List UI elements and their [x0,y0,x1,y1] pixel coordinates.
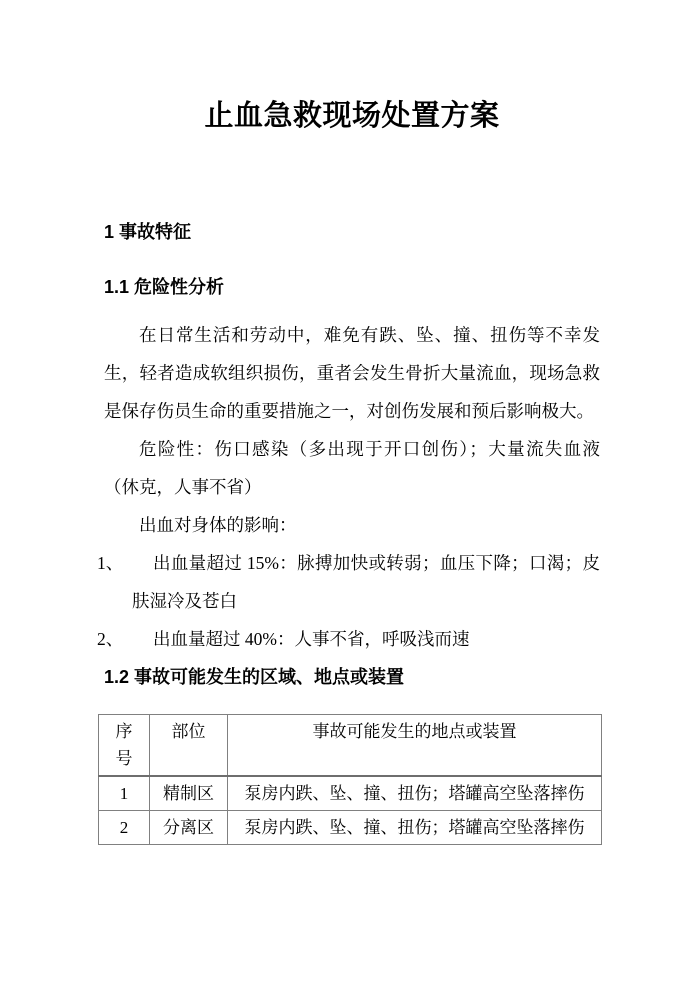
paragraph-bleeding-effects-lead: 出血对身体的影响： [104,506,600,544]
paragraph-risk-types: 危险性：伤口感染（多出现于开口创伤）；大量流失血液（休克，人事不省） [104,430,600,506]
list-item-bleeding-40: 2、 出血量超过 40%：人事不省，呼吸浅而速 [104,620,600,658]
table-header-part: 部位 [150,715,228,777]
table-cell-seq: 2 [99,811,150,845]
table-cell-part: 分离区 [150,811,228,845]
document-content: 止血急救现场处置方案 1 事故特征 1.1 危险性分析 在日常生活和劳动中，难免… [104,0,600,845]
document-page: 止血急救现场处置方案 1 事故特征 1.1 危险性分析 在日常生活和劳动中，难免… [0,0,700,989]
table-row: 1 精制区 泵房内跌、坠、撞、扭伤；塔罐高空坠落摔伤 [99,776,602,811]
table-header-row: 序号 部位 事故可能发生的地点或装置 [99,715,602,777]
table-cell-location: 泵房内跌、坠、撞、扭伤；塔罐高空坠落摔伤 [228,776,602,811]
heading-accident-locations: 1.2 事故可能发生的区域、地点或装置 [104,666,600,688]
table-cell-location: 泵房内跌、坠、撞、扭伤；塔罐高空坠落摔伤 [228,811,602,845]
list-item-text: 出血量超过 15%：脉搏加快或转弱；血压下降；口渴；皮肤湿冷及苍白 [132,553,600,611]
paragraph-risk-intro: 在日常生活和劳动中，难免有跌、坠、撞、扭伤等不幸发生，轻者造成软组织损伤，重者会… [104,316,600,430]
table-header-location: 事故可能发生的地点或装置 [228,715,602,777]
list-item-bleeding-15: 1、 出血量超过 15%：脉搏加快或转弱；血压下降；口渴；皮肤湿冷及苍白 [104,544,600,620]
heading-risk-analysis: 1.1 危险性分析 [104,276,600,298]
document-title: 止血急救现场处置方案 [104,0,600,136]
accident-location-table: 序号 部位 事故可能发生的地点或装置 1 精制区 泵房内跌、坠、撞、扭伤；塔罐高… [98,714,602,845]
list-item-marker: 2、 [97,620,123,658]
table-header-seq: 序号 [99,715,150,777]
table-row: 2 分离区 泵房内跌、坠、撞、扭伤；塔罐高空坠落摔伤 [99,811,602,845]
list-item-marker: 1、 [97,544,123,582]
table-cell-seq: 1 [99,776,150,811]
table-cell-part: 精制区 [150,776,228,811]
list-item-text: 出血量超过 40%：人事不省，呼吸浅而速 [153,629,469,649]
heading-accident-features: 1 事故特征 [104,221,600,243]
